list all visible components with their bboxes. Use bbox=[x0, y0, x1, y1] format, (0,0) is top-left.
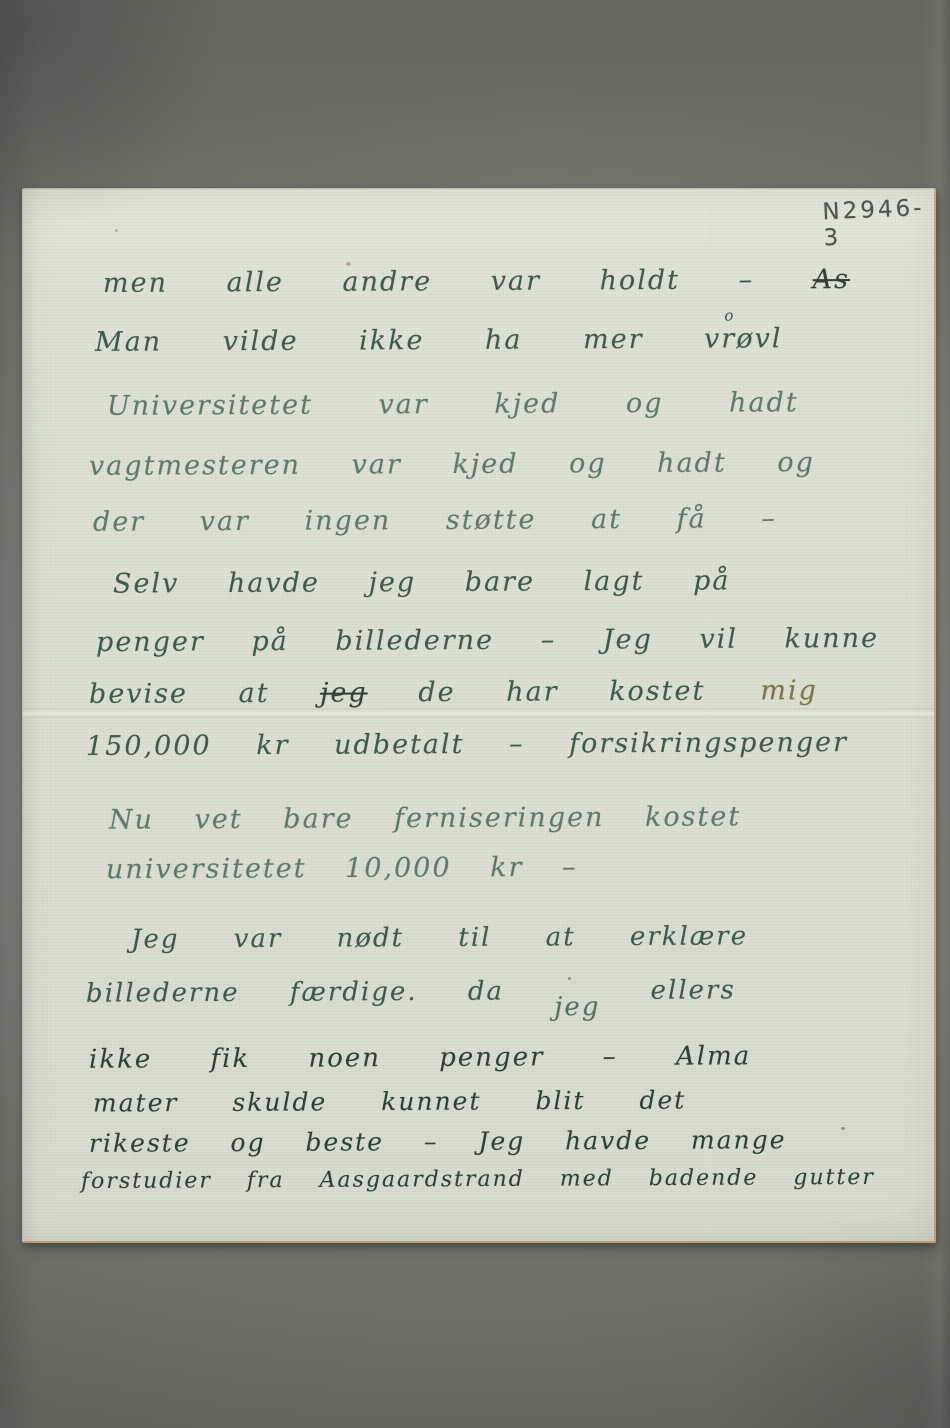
line-text: billederne færdige. da bbox=[86, 976, 554, 1008]
line-text: men alle andre var holdt – bbox=[103, 264, 813, 299]
catalog-number: N2946-3 bbox=[822, 195, 935, 252]
line-text: der var ingen støtte at få – bbox=[93, 503, 777, 538]
handwritten-line-17: forstudier fra Aasgaardstrand med badend… bbox=[81, 1165, 875, 1194]
paper-speck bbox=[346, 262, 351, 266]
line-text: 150,000 kr udbetalt – forsikringspenger bbox=[86, 727, 848, 762]
handwritten-line-12: Jeg var nødt til at erklære bbox=[131, 921, 748, 954]
handwritten-line-10: Nu vet bare ferniseringen kostet bbox=[109, 801, 741, 835]
line-text: Man vilde ikke ha mer vrøvl bbox=[95, 323, 783, 358]
line-text: de har kostet bbox=[368, 676, 706, 709]
handwritten-line-15: mater skulde kunnet blit det bbox=[93, 1085, 686, 1117]
line-text: forstudier fra Aasgaardstrand med badend… bbox=[81, 1165, 875, 1194]
photograph-of-letter: N2946-3 men alle andre var holdt – As Ma… bbox=[0, 0, 950, 1428]
handwritten-line-1: men alle andre var holdt – As bbox=[103, 264, 850, 299]
line-text: rikeste og beste – Jeg havde mange bbox=[89, 1125, 787, 1158]
superscript-letter: o bbox=[724, 306, 735, 324]
line-text: mater skulde kunnet blit det bbox=[93, 1085, 686, 1117]
handwritten-line-16: rikeste og beste – Jeg havde mange bbox=[89, 1125, 787, 1158]
line-text: Nu vet bare ferniseringen kostet bbox=[109, 801, 741, 835]
struck-word: As bbox=[813, 264, 851, 295]
handwritten-line-2: Man vilde ikke ha mer vrøvlo bbox=[95, 323, 794, 358]
handwritten-line-4: vagtmesteren var kjed og hadt og bbox=[89, 447, 815, 482]
handwritten-line-11: universitetet 10,000 kr – bbox=[106, 852, 578, 885]
handwritten-line-14: ikke fik noen penger – Alma bbox=[89, 1041, 751, 1074]
handwritten-line-9: 150,000 kr udbetalt – forsikringspenger bbox=[86, 727, 848, 762]
line-text: bevise at bbox=[89, 678, 320, 710]
line-text: vagtmesteren var kjed og hadt og bbox=[89, 447, 815, 482]
paper-speck bbox=[841, 1127, 845, 1130]
brown-ink-word: mig bbox=[760, 675, 818, 706]
inserted-word: jeg bbox=[554, 992, 600, 1022]
handwritten-line-7: penger på billederne – Jeg vil kunne bbox=[96, 623, 879, 658]
handwritten-line-6: Selv havde jeg bare lagt på bbox=[113, 565, 731, 599]
line-text: Selv havde jeg bare lagt på bbox=[113, 565, 731, 599]
line-text: universitetet 10,000 kr – bbox=[106, 852, 578, 885]
line-text: penger på billederne – Jeg vil kunne bbox=[96, 623, 879, 658]
line-text: ikke fik noen penger – Alma bbox=[89, 1041, 751, 1074]
handwritten-line-8: bevise at jeg de har kostetmig bbox=[89, 675, 818, 710]
struck-word: jeg bbox=[320, 677, 368, 708]
line-text: ellers bbox=[600, 975, 736, 1006]
handwritten-line-13: billederne færdige. da jeg ellers bbox=[86, 975, 736, 1008]
paper-speck bbox=[115, 229, 118, 232]
letter-page: N2946-3 men alle andre var holdt – As Ma… bbox=[22, 188, 936, 1243]
handwritten-line-3: Universitetet var kjed og hadt bbox=[107, 387, 799, 422]
line-text: Universitetet var kjed og hadt bbox=[107, 387, 799, 422]
handwritten-line-5: der var ingen støtte at få – bbox=[93, 503, 777, 538]
line-text: Jeg var nødt til at erklære bbox=[131, 921, 748, 954]
